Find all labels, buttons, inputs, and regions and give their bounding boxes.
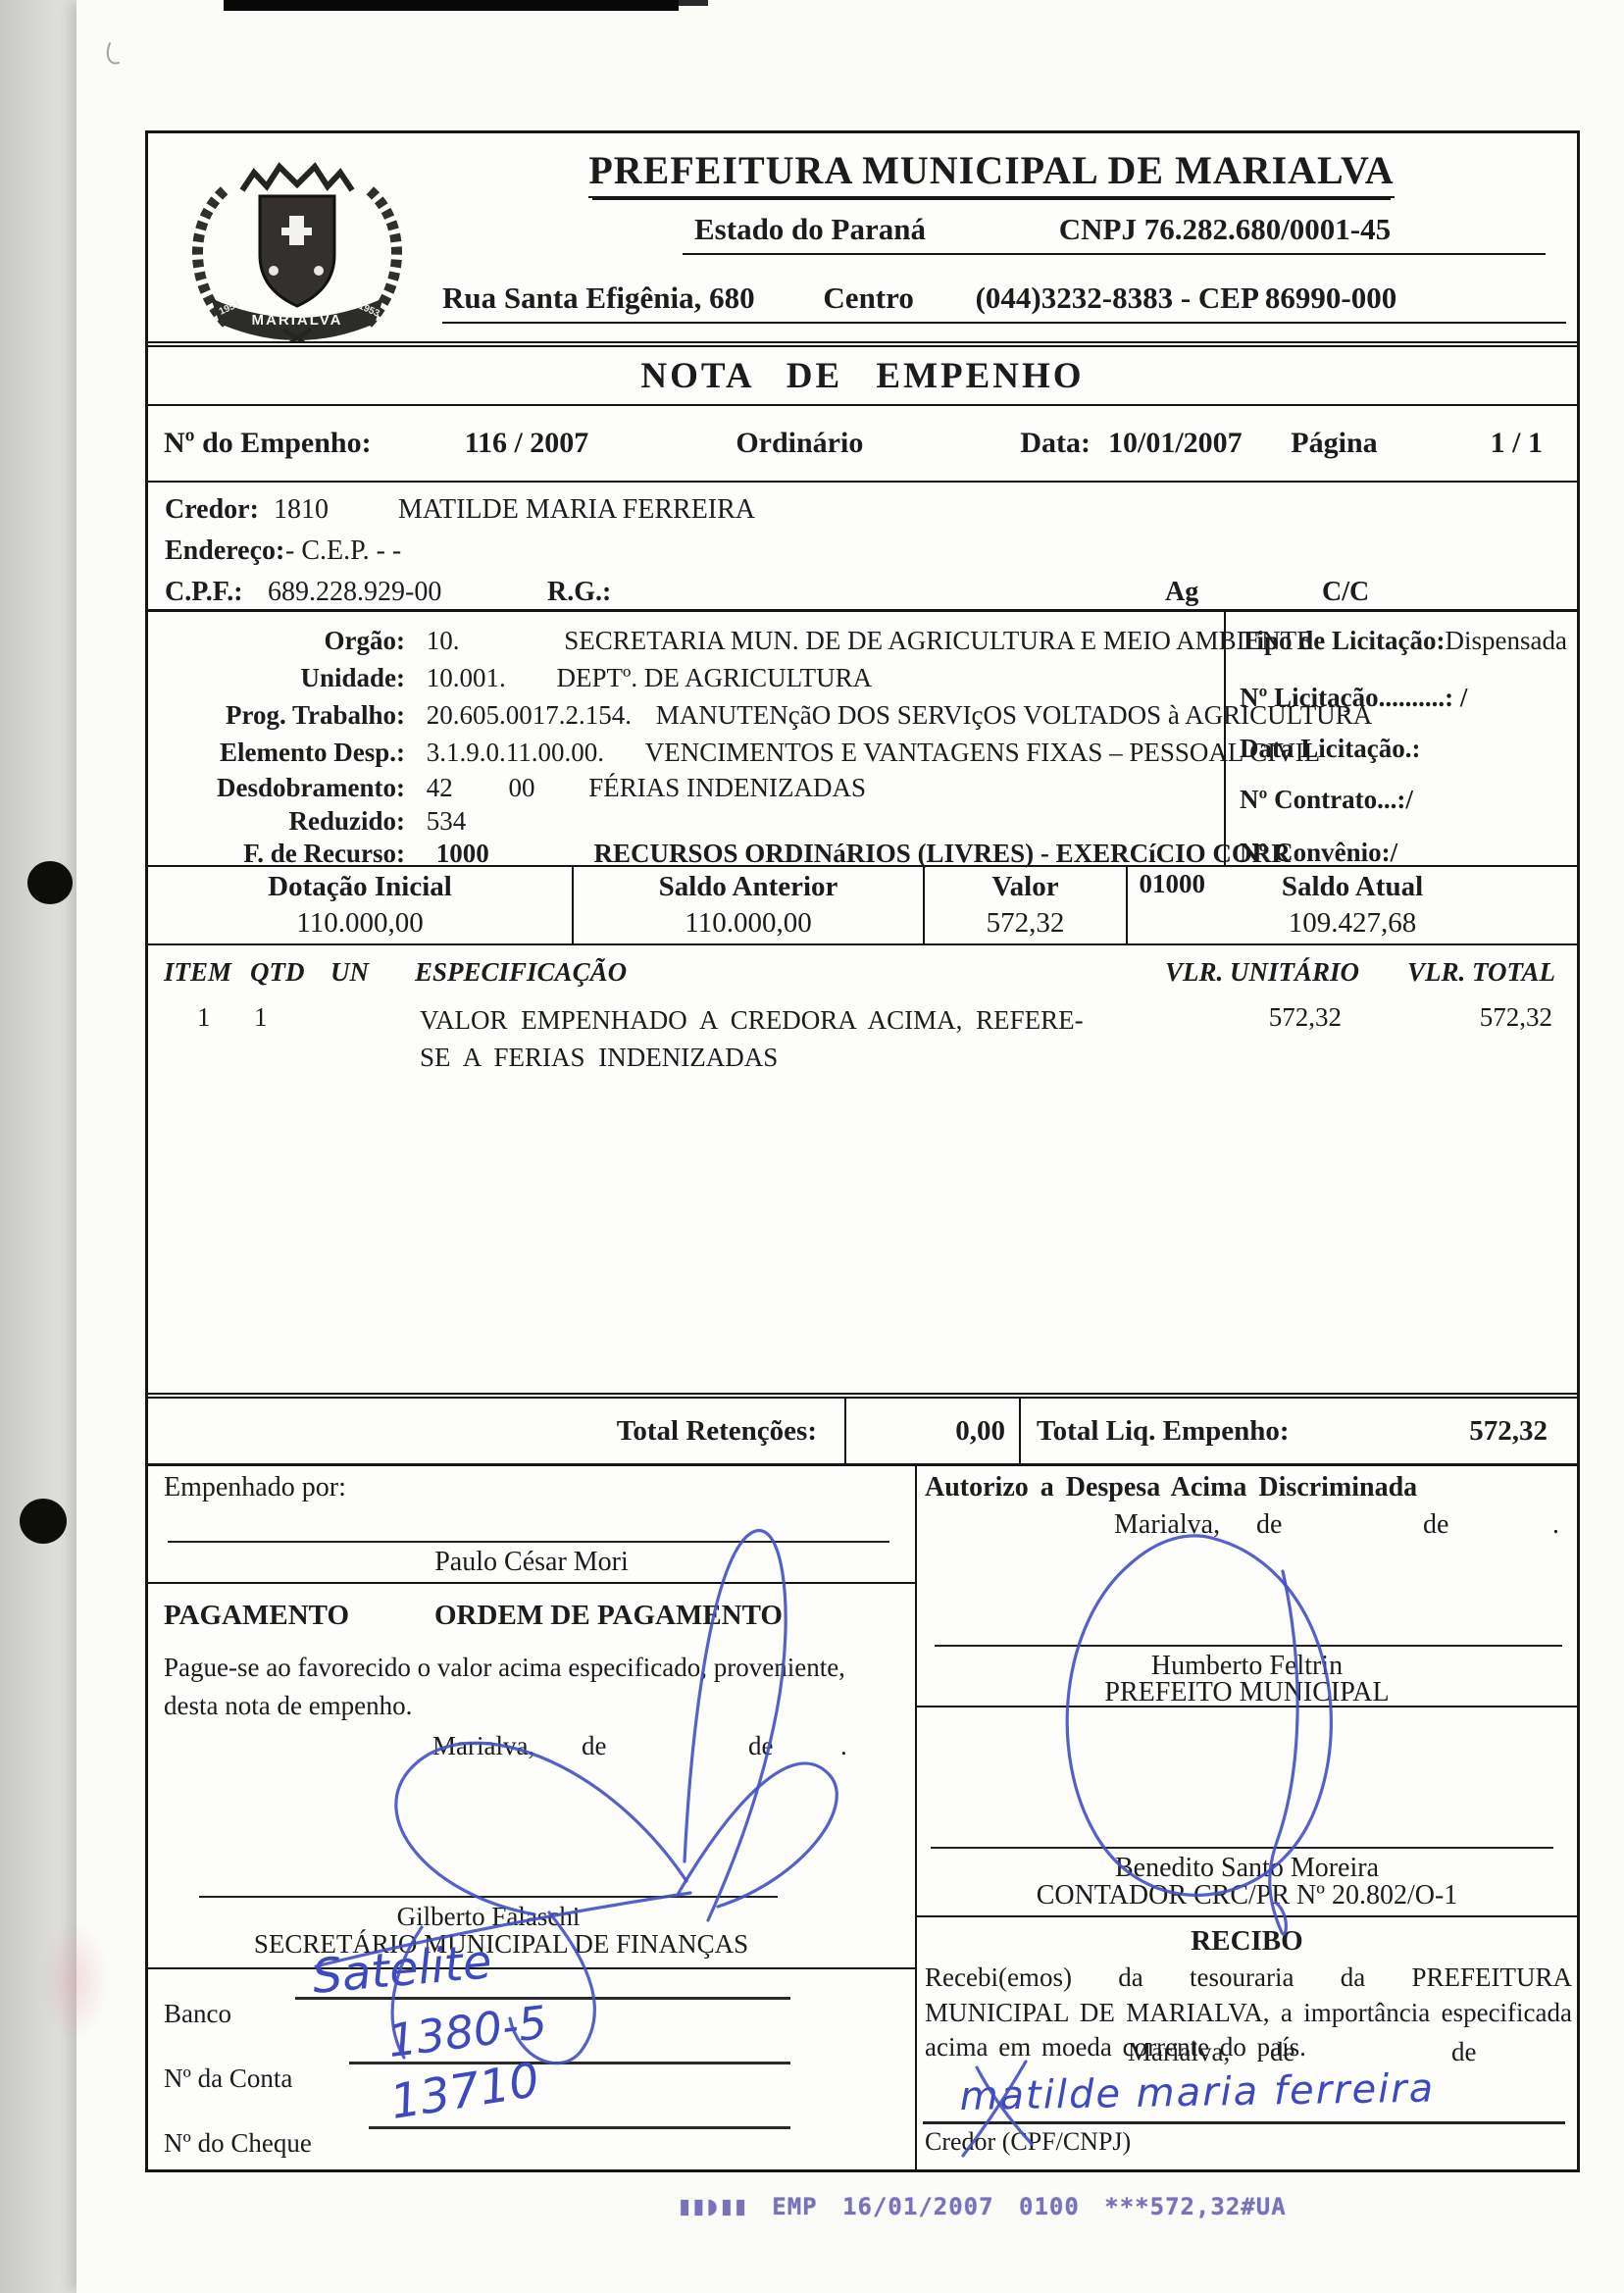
- document-title: NOTA DE EMPENHO: [640, 355, 1084, 397]
- pagamento-block: PAGAMENTO ORDEM DE PAGAMENTO Pague-se ao…: [148, 1584, 915, 1969]
- secretario-nome: Gilberto Falaschi: [199, 1902, 778, 1932]
- municipality-title: PREFEITURA MUNICIPAL DE MARIALVA: [442, 147, 1541, 193]
- address-field-row: Endereço: - C.E.P. - -: [148, 535, 1577, 567]
- de-1: de: [1256, 1509, 1282, 1541]
- valor-cell: Valor 572,32: [925, 867, 1128, 943]
- signature-line: [199, 1896, 778, 1898]
- fonte-recurso-label: F. de Recurso:: [148, 839, 405, 869]
- dotacao-inicial-value: 110.000,00: [296, 907, 423, 940]
- ag-label: Ag: [1165, 577, 1198, 608]
- item-number: 1: [197, 1002, 211, 1033]
- fonte-recurso-row: F. de Recurso: 1000 RECURSOS ORDINáRIOS …: [148, 839, 1217, 870]
- dotacao-inicial-label: Dotação Inicial: [268, 871, 452, 903]
- state-cnpj-row: Estado do Paraná CNPJ 76.282.680/0001-45: [683, 212, 1546, 255]
- address-district: Centro: [823, 280, 913, 315]
- municipality-title-text: PREFEITURA MUNICIPAL DE MARIALVA: [588, 148, 1394, 198]
- crest-banner-text: MARIALVA: [252, 312, 343, 329]
- col-item: ITEM: [164, 957, 231, 988]
- address-field-label: Endereço:: [165, 535, 284, 567]
- liq-empenho-cell: Total Liq. Empenho: 572,32: [1021, 1399, 1577, 1463]
- desdobramento-code: 42: [427, 773, 453, 802]
- creditor-block: Credor: 1810 MATILDE MARIA FERREIRA Ende…: [148, 483, 1577, 612]
- saldo-anterior-cell: Saldo Anterior 110.000,00: [574, 867, 925, 943]
- retencoes-label: Total Retenções:: [617, 1415, 817, 1448]
- stamp-logo-blocks: ▮▮◗▮▮: [677, 2191, 746, 2221]
- desdobramento-desc: FÉRIAS INDENIZADAS: [588, 773, 866, 802]
- empenho-date: 10/01/2007: [1108, 427, 1243, 460]
- desdobramento-label: Desdobramento:: [148, 773, 405, 803]
- conta-label: Nº da Conta: [164, 2064, 292, 2094]
- bank-block: Banco Satelite Nº da Conta 1380-5 Nº do …: [148, 1969, 915, 2171]
- empenhado-por-block: Empenhado por: Paulo César Mori: [148, 1466, 915, 1584]
- elemento-desc: VENCIMENTOS E VANTAGENS FIXAS – PESSOAL …: [645, 738, 1320, 767]
- reduzido-label: Reduzido:: [148, 806, 405, 837]
- creditor-label: Credor:: [165, 494, 259, 526]
- num-licitacao: Nº Licitação..........: /: [1240, 683, 1467, 713]
- document-frame: MARIALVA 1951 1953 PREFEITURA MUNICIPAL …: [145, 130, 1580, 2172]
- credor-handwritten-signature: matilde maria ferreira: [959, 2066, 1435, 2119]
- data-licitacao: Data Licitação.:: [1240, 734, 1420, 764]
- rg-label: R.G.:: [547, 577, 611, 608]
- empenhado-por-nome: Paulo César Mori: [148, 1547, 915, 1578]
- banco-label: Banco: [164, 1999, 231, 2029]
- reduzido-row: Reduzido: 534: [148, 806, 466, 838]
- saldo-anterior-value: 110.000,00: [685, 907, 811, 940]
- prog-trabalho-code: 20.605.0017.2.154.: [427, 700, 632, 730]
- orgao-row: Orgão: 10. SECRETARIA MUN. DE DE AGRICUL…: [148, 626, 1313, 657]
- page-label: Página: [1291, 427, 1377, 460]
- cc-label: C/C: [1322, 577, 1369, 608]
- ordem-pagamento-title: ORDEM DE PAGAMENTO: [434, 1600, 783, 1632]
- saldo-atual-cell: Saldo Atual 109.427,68: [1128, 867, 1577, 943]
- autorizo-texto: Autorizo a Despesa Acima Discriminada: [925, 1472, 1417, 1503]
- retencoes-value-cell: 0,00: [846, 1399, 1021, 1463]
- balance-summary: Dotação Inicial 110.000,00 Saldo Anterio…: [148, 867, 1577, 945]
- liq-empenho-label: Total Liq. Empenho:: [1037, 1415, 1290, 1448]
- signatures-area: Empenhado por: Paulo César Mori PAGAMENT…: [148, 1466, 1577, 2171]
- address-row: Rua Santa Efigênia, 680 Centro (044)3232…: [442, 280, 1566, 324]
- budget-classification: Orgão: 10. SECRETARIA MUN. DE DE AGRICUL…: [148, 612, 1577, 867]
- creditor-name: MATILDE MARIA FERREIRA: [398, 494, 755, 526]
- item-qtd: 1: [254, 1002, 268, 1033]
- col-especificacao: ESPECIFICAÇÃO: [415, 957, 627, 988]
- tipo-licitacao-label: Tipo de Licitação:: [1240, 626, 1446, 655]
- de-4: de: [1451, 2037, 1476, 2067]
- desdobramento-row: Desdobramento: 42 00 FÉRIAS INDENIZADAS: [148, 773, 866, 804]
- unidade-row: Unidade: 10.001. DEPTº. DE AGRICULTURA: [148, 663, 872, 694]
- bank-validation-stamp: ▮▮◗▮▮ EMP 16/01/2007 0100 ***572,32#UA: [677, 2191, 1287, 2221]
- elemento-code: 3.1.9.0.11.00.00.: [427, 738, 604, 767]
- cidade-data-line: Marialva,: [1128, 2037, 1230, 2067]
- letterhead: MARIALVA 1951 1953 PREFEITURA MUNICIPAL …: [148, 133, 1577, 341]
- scan-artifact-bar-small: [679, 0, 708, 6]
- stamp-text: EMP 16/01/2007 0100 ***572,32#UA: [772, 2193, 1286, 2220]
- orgao-label: Orgão:: [148, 626, 405, 656]
- recibo-block: RECIBO Recebi(emos) da tesouraria da PRE…: [917, 1917, 1577, 2171]
- unidade-code: 10.001.: [427, 663, 506, 692]
- orgao-desc: SECRETARIA MUN. DE DE AGRICULTURA E MEIO…: [564, 626, 1312, 655]
- right-column: Autorizo a Despesa Acima Discriminada Ma…: [917, 1466, 1577, 2171]
- signature-line: [935, 1645, 1562, 1647]
- col-vlr-total: VLR. TOTAL: [1407, 957, 1555, 988]
- hole-punch-mark: [20, 1499, 67, 1544]
- cpf-label: C.P.F.:: [165, 577, 243, 608]
- empenho-date-label: Data:: [1020, 427, 1091, 460]
- unidade-desc: DEPTº. DE AGRICULTURA: [557, 663, 873, 692]
- dotacao-inicial-cell: Dotação Inicial 110.000,00: [148, 867, 574, 943]
- elemento-label: Elemento Desp.:: [148, 738, 405, 768]
- scan-artifact-bar: [224, 0, 679, 11]
- num-contrato: Nº Contrato...:/: [1240, 785, 1413, 815]
- document-title-band: NOTA DE EMPENHO: [148, 341, 1577, 406]
- liq-empenho-value: 572,32: [1469, 1415, 1577, 1448]
- credor-cpf-label: Credor (CPF/CNPJ): [925, 2127, 1131, 2157]
- orgao-code: 10.: [427, 626, 460, 655]
- address-street: Rua Santa Efigênia, 680: [442, 280, 755, 315]
- fonte-recurso-code: 1000: [436, 839, 489, 868]
- secretario-cargo: SECRETÁRIO MUNICIPAL DE FINANÇAS: [148, 1929, 854, 1960]
- retencoes-value: 0,00: [955, 1415, 1005, 1448]
- de-1: de: [582, 1731, 606, 1761]
- contador-cargo: CONTADOR CRC/PR Nº 20.802/O-1: [917, 1880, 1577, 1911]
- licitacao-box: Tipo de Licitação:Dispensada Nº Licitaçã…: [1224, 612, 1583, 865]
- empenhado-por-label: Empenhado por:: [164, 1472, 346, 1503]
- signature-line: [168, 1541, 889, 1543]
- state-label: Estado do Paraná: [694, 212, 926, 246]
- valor-label: Valor: [991, 871, 1058, 903]
- item-espec: VALOR EMPENHADO A CREDORA ACIMA, REFERE-…: [420, 1002, 1106, 1077]
- prog-trabalho-label: Prog. Trabalho:: [148, 700, 405, 731]
- de-2: de: [748, 1731, 773, 1761]
- prog-trabalho-row: Prog. Trabalho: 20.605.0017.2.154. MANUT…: [148, 700, 1372, 732]
- pagamento-title: PAGAMENTO: [164, 1600, 349, 1632]
- empenho-number-row: Nº do Empenho: 116 / 2007 Ordinário Data…: [148, 406, 1577, 483]
- contador-block: Benedito Santo Moreira CONTADOR CRC/PR N…: [917, 1707, 1577, 1917]
- empenho-label: Nº do Empenho:: [164, 427, 372, 460]
- item-vlr-total: 572,32: [1480, 1002, 1552, 1033]
- empenho-number: 116 / 2007: [465, 427, 589, 460]
- scanned-nota-de-empenho: MARIALVA 1951 1953 PREFEITURA MUNICIPAL …: [0, 0, 1624, 2293]
- saldo-atual-value: 109.427,68: [1289, 907, 1417, 940]
- pague-se-texto: Pague-se ao favorecido o valor acima esp…: [164, 1649, 897, 1725]
- col-qtd: QTD: [250, 957, 305, 988]
- cheque-label: Nº do Cheque: [164, 2128, 312, 2159]
- valor-value: 572,32: [987, 907, 1065, 940]
- cpf-value: 689.228.929-00: [268, 577, 441, 608]
- creditor-row: Credor: 1810 MATILDE MARIA FERREIRA: [148, 494, 1577, 526]
- signature-line: [931, 1847, 1553, 1849]
- address-field-value: - C.E.P. - -: [285, 535, 401, 567]
- totals-row: Total Retenções: 0,00 Total Liq. Empenho…: [148, 1393, 1577, 1466]
- ponto: .: [1552, 1509, 1559, 1541]
- cidade-data-line: Marialva,: [1114, 1509, 1220, 1541]
- cidade-data-line: Marialva,: [432, 1731, 534, 1761]
- cnpj-label: CNPJ 76.282.680/0001-45: [1059, 212, 1391, 246]
- creditor-code: 1810: [274, 494, 329, 526]
- de-2: de: [1423, 1509, 1448, 1541]
- tipo-licitacao-row: Tipo de Licitação:Dispensada: [1240, 626, 1567, 656]
- prefeito-cargo: PREFEITO MUNICIPAL: [917, 1677, 1577, 1708]
- desdobramento-code2: 00: [509, 773, 535, 802]
- marialva-coat-of-arms-icon: MARIALVA 1951 1953: [170, 155, 425, 341]
- autorizo-block: Autorizo a Despesa Acima Discriminada Ma…: [917, 1466, 1577, 1707]
- saldo-anterior-label: Saldo Anterior: [659, 871, 838, 903]
- ponto: .: [840, 1731, 847, 1761]
- de-3: de: [1270, 2037, 1294, 2067]
- retencoes-cell: Total Retenções:: [148, 1399, 846, 1463]
- col-vlr-unitario: VLR. UNITÁRIO: [1165, 957, 1359, 988]
- items-table: ITEM QTD UN ESPECIFICAÇÃO VLR. UNITÁRIO …: [148, 945, 1577, 1393]
- cheque-field-line: [369, 2126, 790, 2129]
- col-un: UN: [330, 957, 369, 988]
- unidade-label: Unidade:: [148, 663, 405, 693]
- item-vlr-unitario: 572,32: [1269, 1002, 1342, 1033]
- left-column: Empenhado por: Paulo César Mori PAGAMENT…: [148, 1466, 917, 2171]
- empenho-type: Ordinário: [736, 427, 863, 460]
- num-convenio: Nº Convênio:/: [1240, 838, 1397, 868]
- reduzido-code: 534: [427, 806, 467, 836]
- credor-signature-line: [923, 2121, 1565, 2124]
- fonte-recurso-desc: RECURSOS ORDINáRIOS (LIVRES) - EXERCíCIO…: [594, 839, 1291, 868]
- page-value: 1 / 1: [1491, 427, 1543, 460]
- saldo-atual-label: Saldo Atual: [1282, 871, 1423, 903]
- cpf-row: C.P.F.: 689.228.929-00 R.G.: Ag C/C: [148, 577, 1577, 608]
- address-phone-cep: (044)3232-8383 - CEP 86990-000: [976, 280, 1397, 315]
- recibo-title: RECIBO: [917, 1925, 1577, 1958]
- scan-smudge: [39, 1922, 108, 2040]
- tipo-licitacao-value: Dispensada: [1446, 626, 1567, 655]
- hole-punch-mark: [27, 861, 73, 904]
- elemento-row: Elemento Desp.: 3.1.9.0.11.00.00. VENCIM…: [148, 738, 1320, 769]
